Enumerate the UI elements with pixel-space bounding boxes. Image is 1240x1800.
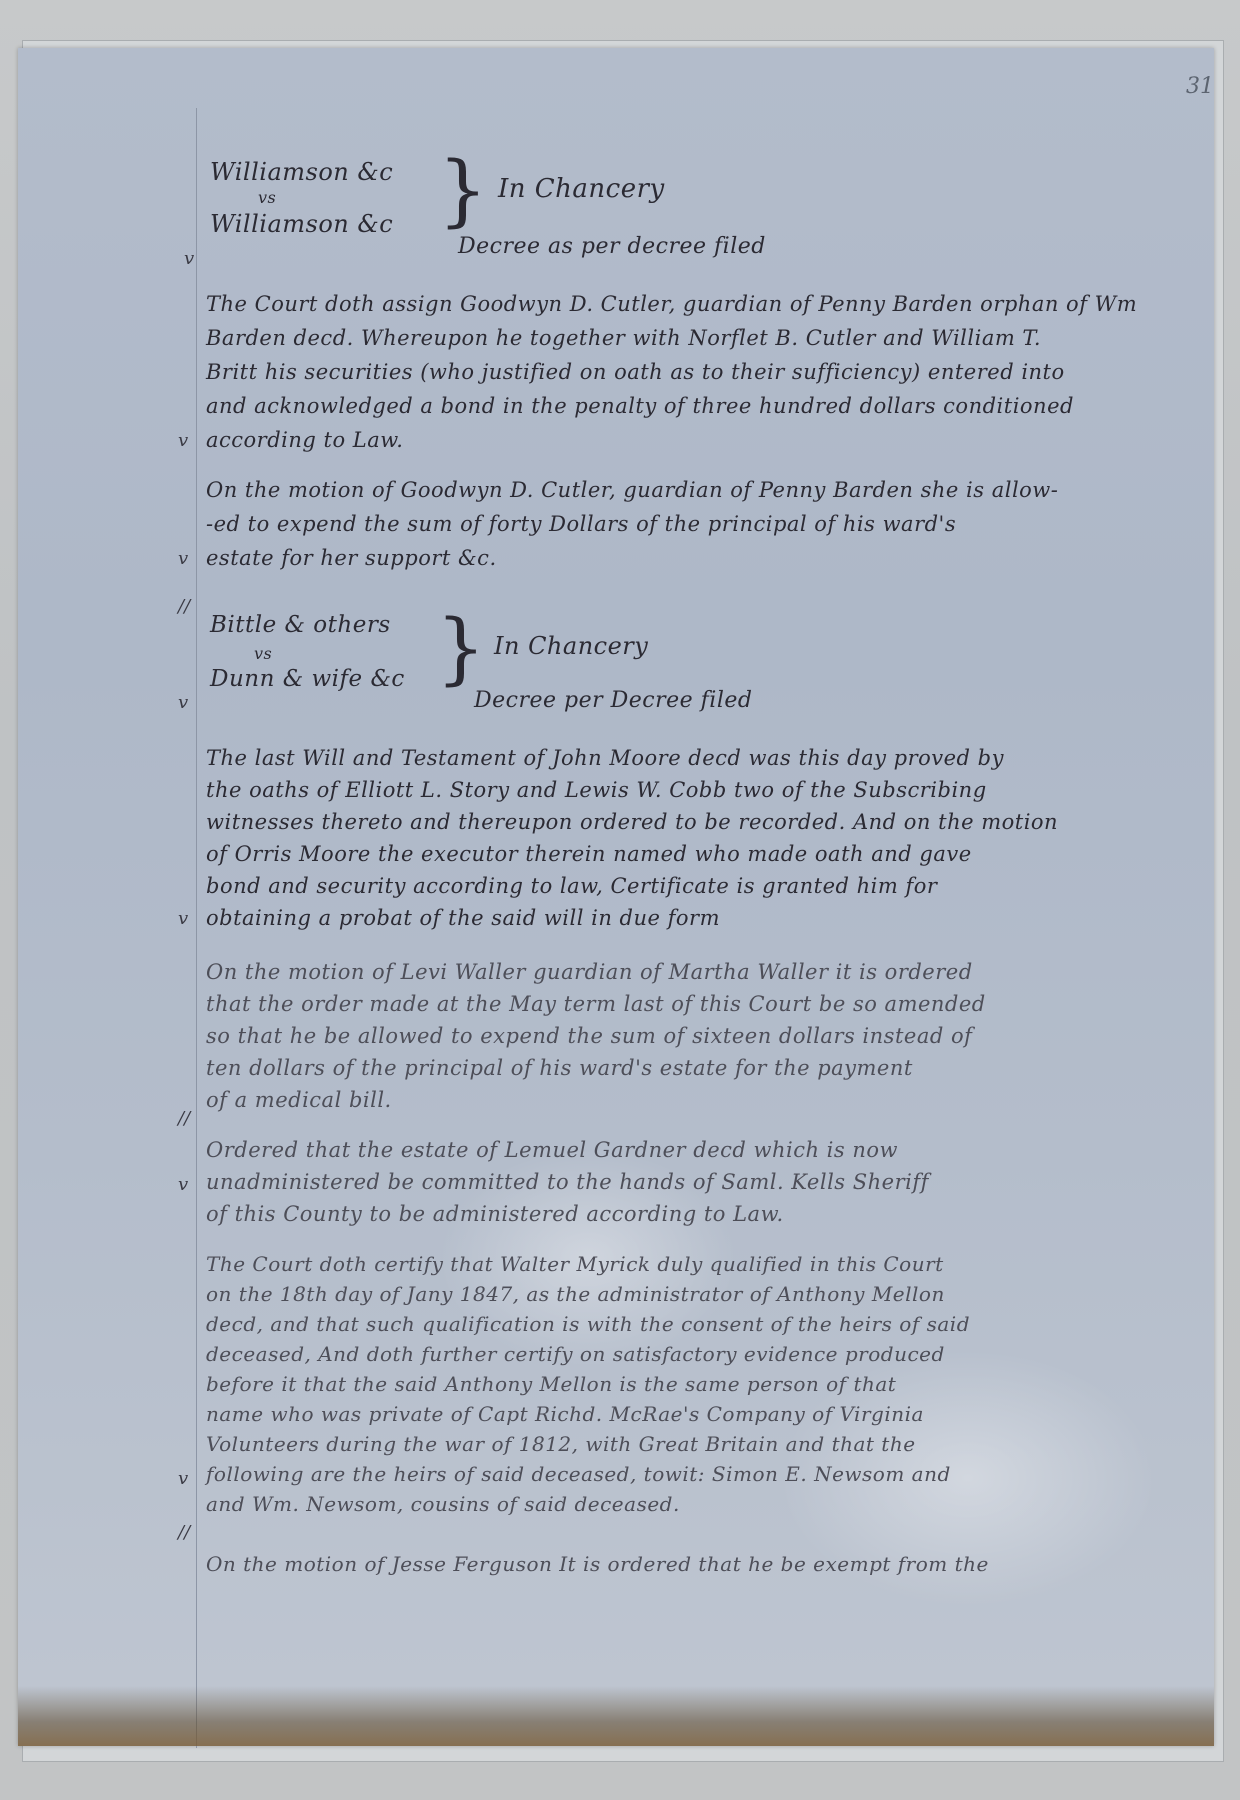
order-line: Britt his securities (who justified on o… — [206, 360, 1065, 384]
order-line: -ed to expend the sum of forty Dollars o… — [206, 512, 956, 536]
margin-checkmark: v — [178, 1468, 188, 1489]
order-line: On the motion of Levi Waller guardian of… — [206, 960, 973, 984]
case-defendant: Dunn & wife &c — [210, 666, 405, 692]
ledger-page: 31 Williamson &c vs Williamson &c } In C… — [18, 48, 1214, 1746]
margin-rule — [196, 108, 197, 1748]
order-line: the oaths of Elliott L. Story and Lewis … — [206, 778, 987, 802]
order-line: The Court doth assign Goodwyn D. Cutler,… — [206, 292, 1137, 316]
brace-icon: } — [436, 610, 486, 688]
case-defendant: Williamson &c — [210, 210, 393, 238]
order-line: that the order made at the May term last… — [206, 992, 986, 1016]
order-line: before it that the said Anthony Mellon i… — [206, 1372, 896, 1396]
order-line: according to Law. — [206, 428, 403, 452]
order-line: on the 18th day of Jany 1847, as the adm… — [206, 1282, 945, 1306]
margin-checkmark: v — [178, 692, 188, 713]
margin-checkmark: v — [178, 548, 188, 569]
order-line: witnesses thereto and thereupon ordered … — [206, 810, 1058, 834]
order-line: decd, and that such qualification is wit… — [206, 1312, 970, 1336]
order-line: deceased, And doth further certify on sa… — [206, 1342, 945, 1366]
margin-double-mark: // — [178, 1522, 190, 1543]
order-line: of a medical bill. — [206, 1088, 392, 1112]
margin-checkmark: v — [178, 430, 188, 451]
order-line: so that he be allowed to expend the sum … — [206, 1024, 972, 1048]
order-line: unadministered be committed to the hands… — [206, 1170, 929, 1194]
order-line: and Wm. Newsom, cousins of said deceased… — [206, 1492, 680, 1516]
order-line: Ordered that the estate of Lemuel Gardne… — [206, 1138, 898, 1162]
order-line: The Court doth certify that Walter Myric… — [206, 1252, 944, 1276]
case-plaintiff: Bittle & others — [210, 612, 391, 638]
order-line: The last Will and Testament of John Moor… — [206, 746, 1004, 770]
order-line: Volunteers during the war of 1812, with … — [206, 1432, 916, 1456]
order-line: Barden decd. Whereupon he together with … — [206, 326, 1041, 350]
order-line: following are the heirs of said deceased… — [206, 1462, 951, 1486]
order-line: name who was private of Capt Richd. McRa… — [206, 1402, 924, 1426]
margin-checkmark: v — [178, 1174, 188, 1195]
order-line: of Orris Moore the executor therein name… — [206, 842, 972, 866]
order-line: estate for her support &c. — [206, 546, 497, 570]
case-versus: vs — [258, 188, 276, 207]
order-line: bond and security according to law, Cert… — [206, 874, 937, 898]
order-line: obtaining a probat of the said will in d… — [206, 906, 720, 930]
margin-double-mark: // — [178, 1108, 190, 1129]
order-line: On the motion of Jesse Ferguson It is or… — [206, 1552, 989, 1576]
order-line: of this County to be administered accord… — [206, 1202, 784, 1226]
order-line: ten dollars of the principal of his ward… — [206, 1056, 913, 1080]
order-line: On the motion of Goodwyn D. Cutler, guar… — [206, 478, 1058, 502]
order-line: and acknowledged a bond in the penalty o… — [206, 394, 1074, 418]
case-plaintiff: Williamson &c — [210, 158, 393, 186]
case-court: In Chancery — [498, 174, 665, 204]
case-court: In Chancery — [494, 632, 648, 660]
case-disposition: Decree per Decree filed — [474, 688, 753, 713]
margin-double-mark: // — [178, 596, 190, 617]
case-disposition: Decree as per decree filed — [458, 234, 766, 259]
case-versus: vs — [254, 644, 272, 663]
page-number: 31 — [1186, 74, 1214, 99]
brace-icon: } — [438, 152, 488, 230]
margin-checkmark: v — [184, 248, 194, 269]
margin-checkmark: v — [178, 908, 188, 929]
